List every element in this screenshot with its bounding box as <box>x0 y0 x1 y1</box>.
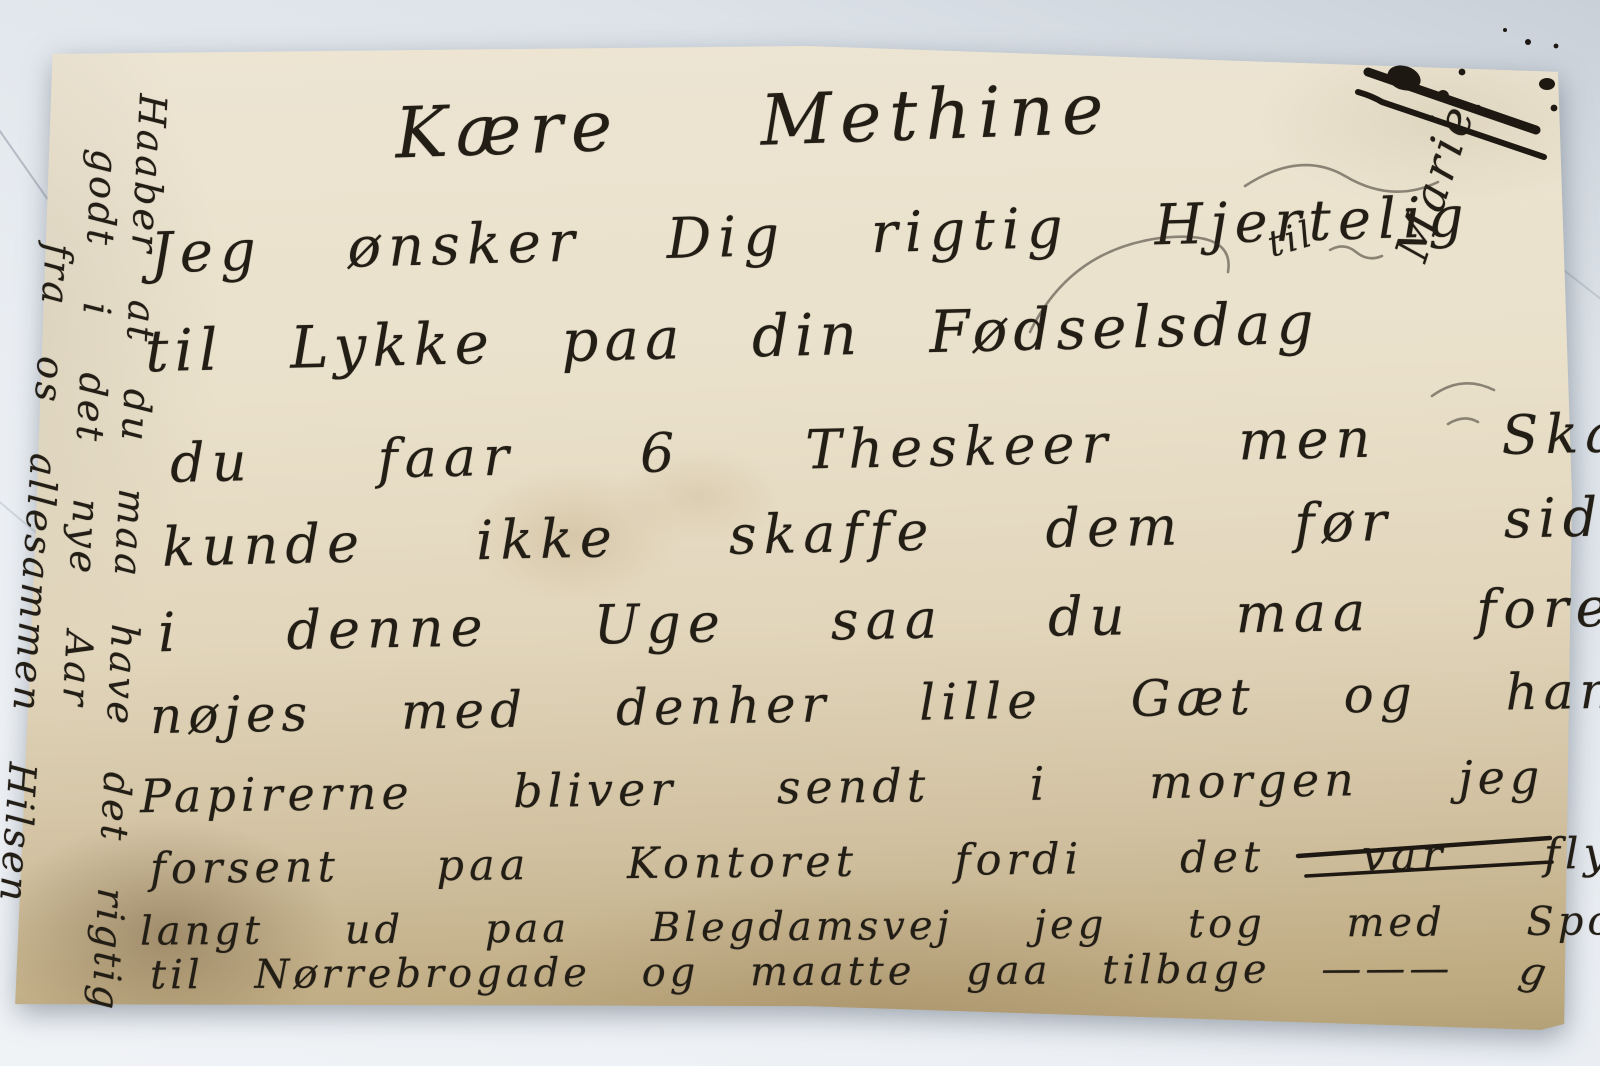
body-line: til Nørrebrogade og maatte gaa tilbage —… <box>150 949 1454 996</box>
postcard-photo: Kære Methine Jeg ønsker Dig rigtig Hjert… <box>0 0 1600 1066</box>
body-line: langt ud paa Blegdamsvej jeg tog med Spo… <box>140 900 1600 951</box>
